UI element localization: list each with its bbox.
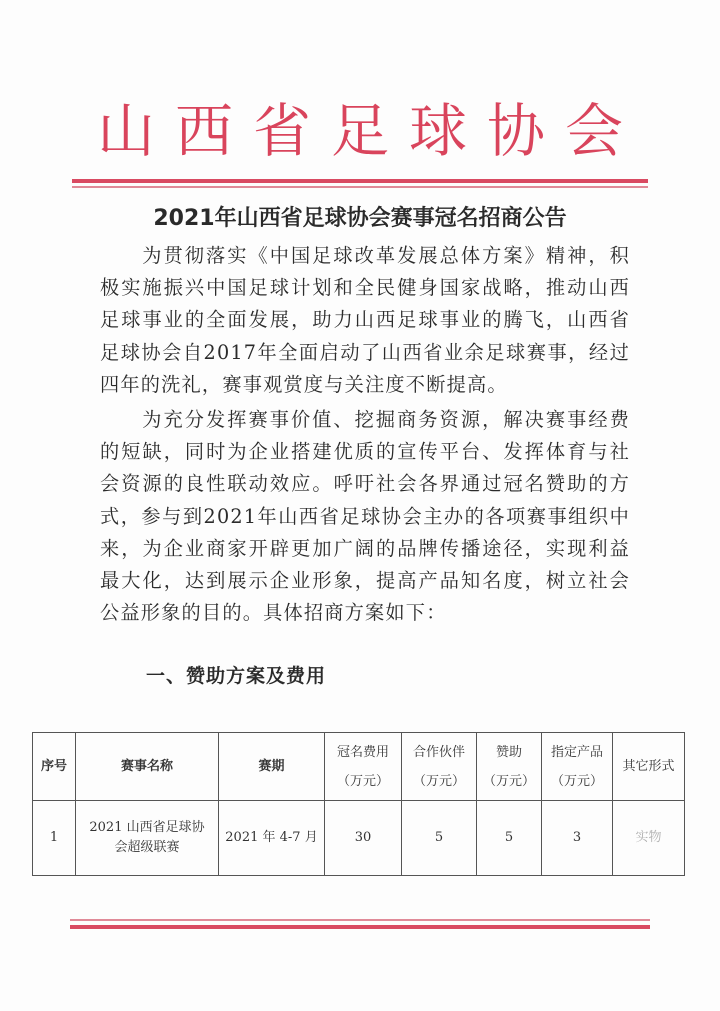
header-other-form: 其它形式 — [613, 733, 685, 801]
masthead-rule-thick — [72, 179, 648, 183]
footer-rule-thin — [70, 919, 650, 921]
table-row: 1 2021 山西省足球协会超级联赛 2021 年 4-7 月 30 5 5 3… — [33, 801, 685, 876]
header-no: 序号 — [33, 733, 76, 801]
header-designated-product-fee: 指定产品（万元） — [542, 733, 613, 801]
cell-partner-fee: 5 — [402, 801, 477, 876]
cell-period: 2021 年 4-7 月 — [219, 801, 325, 876]
sponsorship-table: 序号 赛事名称 赛期 冠名费用（万元） 合作伙伴（万元） 赞助（万元） 指定产品… — [32, 732, 685, 876]
table-header-row: 序号 赛事名称 赛期 冠名费用（万元） 合作伙伴（万元） 赞助（万元） 指定产品… — [33, 733, 685, 801]
paragraph-2: 为充分发挥赛事价值、挖掘商务资源，解决赛事经费的短缺，同时为企业搭建优质的宣传平… — [100, 404, 630, 629]
document-title: 2021年山西省足球协会赛事冠名招商公告 — [0, 201, 720, 237]
cell-sponsorship-fee: 5 — [477, 801, 542, 876]
header-partner-fee: 合作伙伴（万元） — [402, 733, 477, 801]
cell-naming-fee: 30 — [325, 801, 402, 876]
header-sponsorship-fee: 赞助（万元） — [477, 733, 542, 801]
cell-no: 1 — [33, 801, 76, 876]
header-naming-fee: 冠名费用（万元） — [325, 733, 402, 801]
cell-other-form: 实物 — [613, 801, 685, 876]
masthead-rule-thin — [72, 186, 648, 188]
header-period: 赛期 — [219, 733, 325, 801]
section-heading: 一、赞助方案及费用 — [146, 660, 326, 692]
paragraph-1: 为贯彻落实《中国足球改革发展总体方案》精神，积极实施振兴中国足球计划和全民健身国… — [100, 240, 630, 401]
header-event-name: 赛事名称 — [76, 733, 219, 801]
masthead-org-name: 山西省足球协会 — [0, 96, 720, 166]
cell-event-name: 2021 山西省足球协会超级联赛 — [76, 801, 219, 876]
cell-designated-product-fee: 3 — [542, 801, 613, 876]
footer-rule-thick — [70, 925, 650, 929]
document-body: 为贯彻落实《中国足球改革发展总体方案》精神，积极实施振兴中国足球计划和全民健身国… — [100, 240, 630, 629]
